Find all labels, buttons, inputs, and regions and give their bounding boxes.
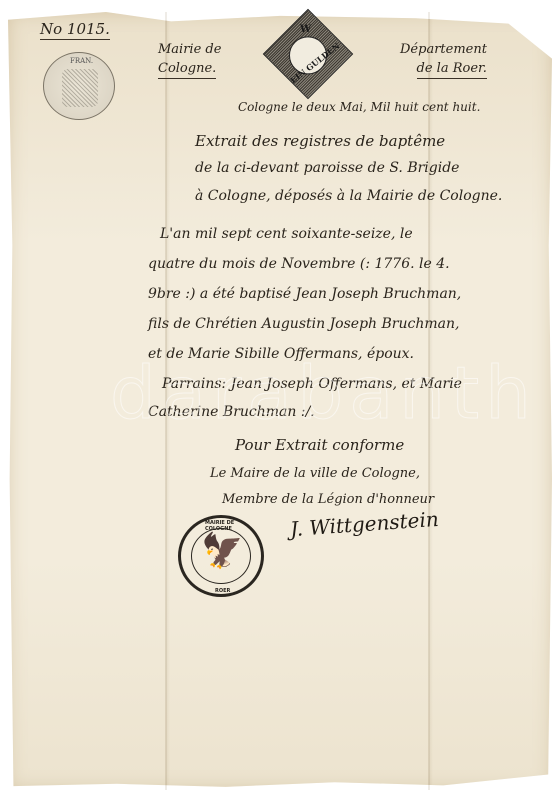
body-line: L'an mil sept cent soixante-seize, le bbox=[160, 226, 413, 242]
title-line: à Cologne, déposés à la Mairie de Cologn… bbox=[195, 188, 502, 204]
header-mairie-line: Mairie de bbox=[158, 40, 221, 59]
closing-line: Pour Extrait conforme bbox=[235, 436, 404, 454]
title-line: Extrait des registres de baptême bbox=[195, 132, 445, 150]
header-mairie: Mairie de Cologne. bbox=[158, 40, 221, 79]
header-department-line: de la Roer. bbox=[417, 59, 487, 79]
title-line: de la ci-devant paroisse de S. Brigide bbox=[195, 160, 459, 176]
header-mairie-line: Cologne. bbox=[158, 59, 216, 79]
allegory-figure-icon bbox=[62, 69, 98, 107]
body-line: fils de Chrétien Augustin Joseph Bruchma… bbox=[148, 316, 459, 332]
eagle-icon: 🦅 bbox=[201, 531, 243, 571]
closing-line: Le Maire de la ville de Cologne, bbox=[210, 466, 420, 481]
mayor-seal-icon: MAIRIE DE COLOGNE 🦅 ROER bbox=[178, 515, 264, 597]
date-line: Cologne le deux Mai, Mil huit cent huit. bbox=[238, 100, 480, 114]
header-department: Département de la Roer. bbox=[400, 40, 487, 79]
tax-stamp-icon: FRAN. bbox=[43, 52, 115, 120]
document-number: No 1015. bbox=[40, 20, 110, 40]
header-department-line: Département bbox=[400, 40, 487, 59]
body-line: quatre du mois de Novembre (: 1776. le 4… bbox=[148, 256, 450, 272]
closing-line: Membre de la Légion d'honneur bbox=[222, 492, 434, 507]
tax-stamp-text: FRAN. bbox=[70, 57, 93, 65]
seal-bottom-text: ROER bbox=[215, 588, 230, 594]
gulden-monogram: W bbox=[300, 24, 311, 35]
body-line: 9bre :) a été baptisé Jean Joseph Bruchm… bbox=[148, 286, 461, 302]
watermark: darabanth bbox=[110, 357, 537, 429]
